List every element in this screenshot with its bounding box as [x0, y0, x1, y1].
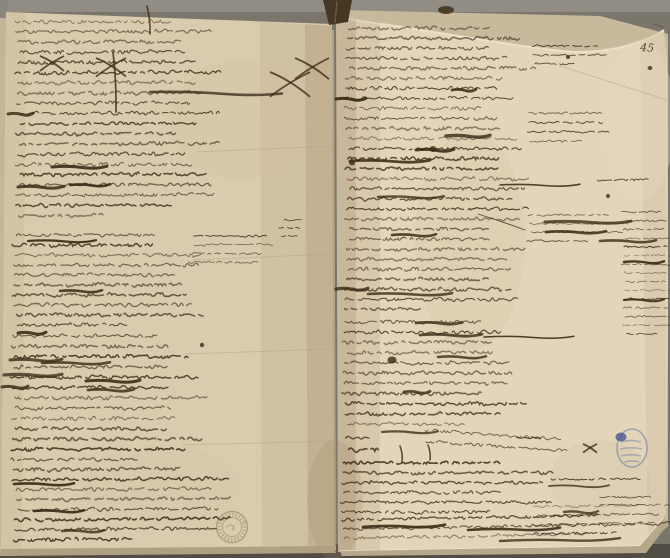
ink-blot	[200, 343, 204, 347]
paper-stain	[550, 440, 650, 520]
ink-blot	[349, 161, 355, 166]
ink-blot	[648, 66, 653, 70]
manuscript-canvas: 45	[0, 0, 670, 558]
ink-blot	[606, 194, 610, 198]
blue-stamp-blob	[616, 433, 627, 442]
strikethrough-mark	[52, 166, 107, 168]
ink-blot	[438, 6, 454, 14]
strikethrough-mark	[545, 221, 631, 223]
strikethrough-mark	[4, 374, 62, 376]
manuscript-photo: 45	[0, 0, 670, 558]
paper-stain	[80, 445, 240, 525]
ink-blot	[388, 357, 397, 364]
ink-blot	[566, 55, 570, 59]
gutter-shadow-stain	[307, 440, 363, 558]
folio-number: 45	[639, 41, 655, 55]
strikethrough-mark	[2, 386, 28, 388]
strikethrough-mark	[8, 113, 33, 115]
paper-stain	[170, 60, 310, 180]
ink-blot	[430, 146, 437, 152]
strikethrough-mark	[446, 135, 490, 137]
strikethrough-mark	[336, 98, 366, 100]
strikethrough-mark	[86, 380, 140, 382]
strikethrough-mark	[18, 332, 46, 334]
strikethrough-mark	[10, 359, 62, 361]
strikethrough-mark	[336, 288, 368, 290]
strikethrough-mark	[18, 186, 64, 188]
